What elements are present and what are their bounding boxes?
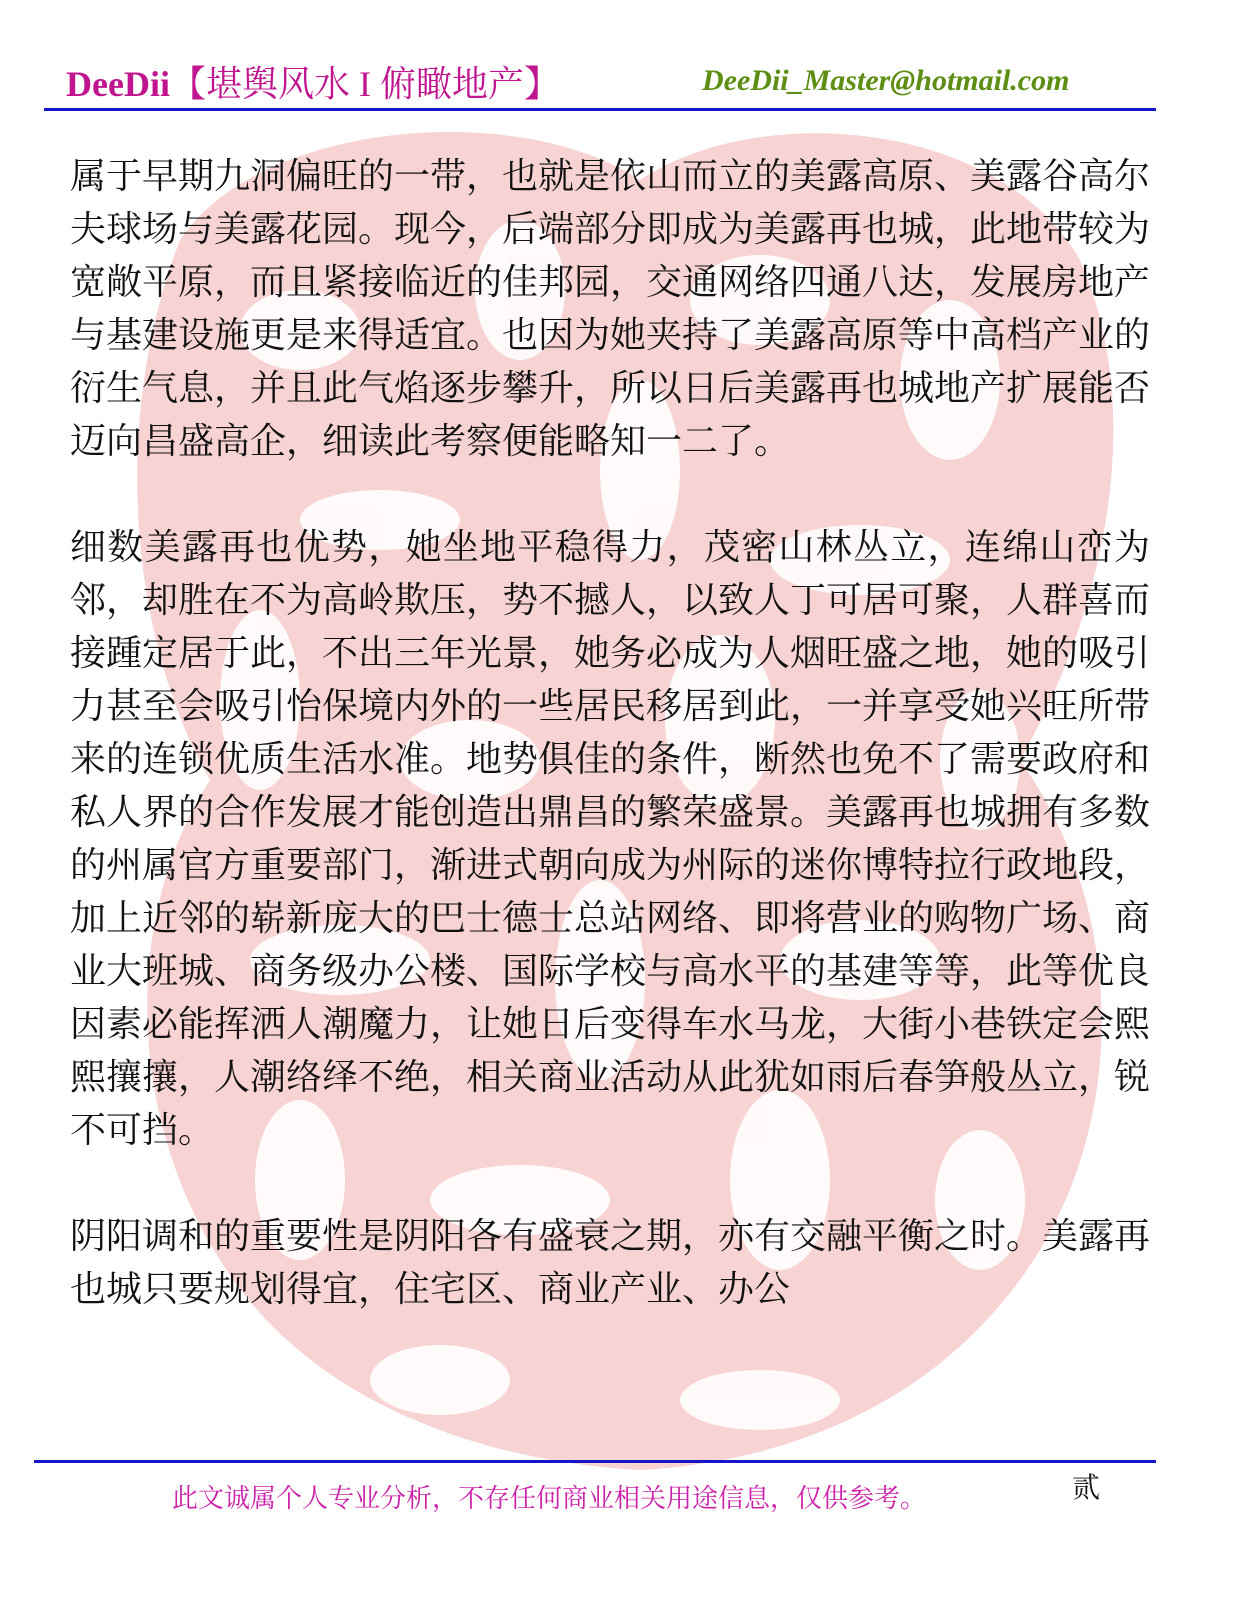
brand-name: DeeDii — [66, 64, 170, 104]
site-tagline: 【堪舆风水 I 俯瞰地产】 — [170, 64, 560, 104]
header-divider — [44, 108, 1156, 111]
paragraph: 属于早期九洞偏旺的一带，也就是依山而立的美露高原、美露谷高尔夫球场与美露花园。现… — [70, 150, 1150, 468]
contact-email[interactable]: DeeDii_Master@hotmail.com — [702, 64, 1069, 98]
header-title: DeeDii【堪舆风水 I 俯瞰地产】 — [66, 56, 560, 107]
article-body: 属于早期九洞偏旺的一带，也就是依山而立的美露高原、美露谷高尔夫球场与美露花园。现… — [70, 150, 1150, 1369]
footer-divider — [34, 1460, 1156, 1463]
disclaimer-note: 此文诚属个人专业分析，不存任何商业相关用途信息，仅供参考。 — [172, 1478, 926, 1515]
page-number: 贰 — [1072, 1466, 1100, 1506]
paragraph: 阴阳调和的重要性是阴阳各有盛衰之期，亦有交融平衡之时。美露再也城只要规划得宜，住… — [70, 1210, 1150, 1316]
paragraph: 细数美露再也优势，她坐地平稳得力，茂密山林丛立，连绵山峦为邻，却胜在不为高岭欺压… — [70, 521, 1150, 1157]
